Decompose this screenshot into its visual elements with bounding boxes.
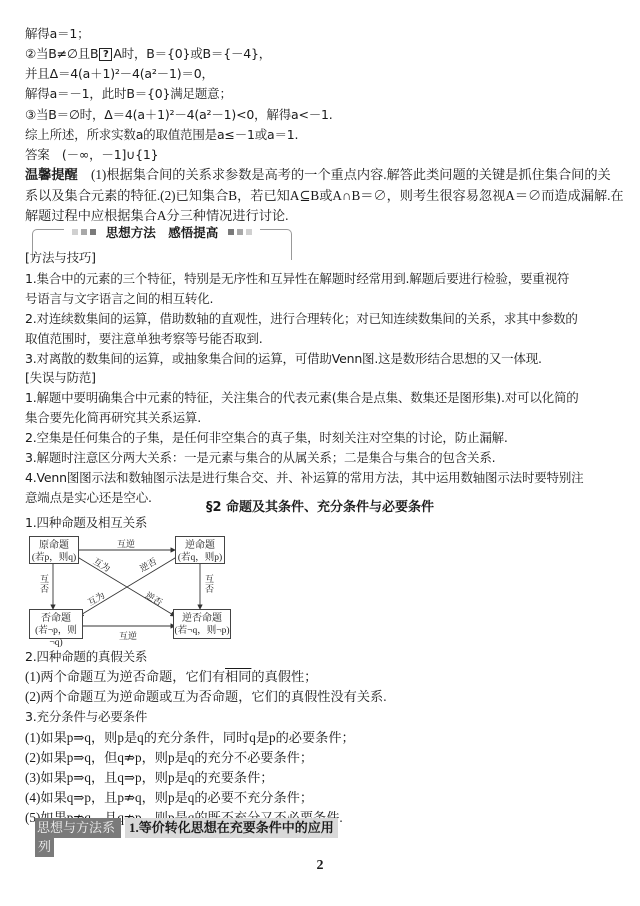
series-topic: 1.等价转化思想在充要条件中的应用 [125, 818, 338, 838]
answer-line: 答案 (－∞，－1]∪{1} [25, 146, 158, 164]
square-icon [228, 229, 234, 235]
node-form: (若¬q，则¬p) [174, 625, 230, 637]
subheading-four-propositions: 1.四种命题及相互关系 [25, 514, 147, 532]
solution-line: 解得a＝－1，此时B＝{0}满足题意； [25, 85, 232, 103]
pitfalls-line: 3.解题时注意区分两大关系：一是元素与集合的从属关系；二是集合与集合的包含关系. [25, 449, 495, 467]
edge-label-bottom: 互逆 [119, 629, 137, 642]
methods-line: 取值范围时，要注意单独考察等号能否取到. [25, 330, 262, 348]
node-name: 逆否命题 [174, 613, 230, 625]
methods-line: 号语言与文字语言之间的相互转化. [25, 290, 213, 308]
node-form: (若q，则p) [176, 552, 224, 564]
square-icon [237, 229, 243, 235]
methods-line: 2.对连续数集间的运算，借助数轴的直观性，进行合理转化；对已知连续数集间的关系，… [25, 310, 578, 328]
divider-title-group: 思想方法 感悟提高 [64, 225, 259, 240]
node-original-proposition: 原命题 (若p，则q) [29, 536, 79, 564]
series-tag-line: 列 [35, 837, 54, 857]
condition-line: (4)如果q⇒p，且p⇏q，则p是q的必要不充分条件； [25, 789, 313, 807]
methods-heading: [方法与技巧] [25, 249, 96, 267]
truth-text: 的真假性； [251, 669, 317, 684]
section-title: §2 命题及其条件、充分条件与必要条件 [0, 496, 640, 515]
square-icon [246, 229, 252, 235]
propositions-diagram: 原命题 (若p，则q) 逆命题 (若q，则p) 否命题 (若¬p，则¬q) 逆否… [27, 534, 237, 642]
solution-line: ③当B＝∅时，Δ＝4(a＋1)²－4(a²－1)<0，解得a<－1. [25, 106, 333, 124]
tip-line: 系以及集合元素的特征.(2)已知集合B，若已知A⊆B或A∩B＝∅，则考生很容易忽… [25, 187, 624, 205]
node-contrapositive-proposition: 逆否命题 (若¬q，则¬p) [173, 609, 231, 639]
truth-emphasis: 相同 [225, 669, 251, 684]
series-tag-line: 思想与方法系 [37, 819, 119, 837]
solution-line: 解得a＝1； [25, 25, 89, 43]
solution-line: 并且Δ＝4(a＋1)²－4(a²－1)＝0， [25, 65, 214, 83]
condition-line: (3)如果p⇒q，且q⇒p，则p是q的充要条件； [25, 769, 273, 787]
square-icon [90, 229, 96, 235]
series-tag: 思想与方法系 [35, 818, 121, 838]
document-page: 解得a＝1； ②当B≠∅且B?A时，B＝{0}或B＝{－4}， 并且Δ＝4(a＋… [0, 0, 640, 906]
edge-label-right: 互否 [205, 574, 214, 594]
missing-symbol-icon: ? [99, 48, 112, 61]
solution-line-case2: ②当B≠∅且B?A时，B＝{0}或B＝{－4}， [25, 45, 271, 63]
subheading-conditions: 3.充分条件与必要条件 [25, 708, 147, 726]
tip-label: 温馨提醒 [25, 168, 78, 183]
node-inverse-proposition: 否命题 (若¬p，则¬q) [29, 609, 83, 639]
node-name: 否命题 [30, 613, 82, 625]
pitfalls-heading: [失误与防范] [25, 369, 96, 387]
node-form: (若p，则q) [30, 552, 78, 564]
tip-line: 温馨提醒 (1)根据集合间的关系求参数是高考的一个重点内容.解答此类问题的关键是… [25, 166, 611, 185]
subheading-truth-relations: 2.四种命题的真假关系 [25, 648, 147, 666]
node-name: 原命题 [30, 540, 78, 552]
condition-line: (2)如果p⇒q，但q⇏p，则p是q的充分不必要条件； [25, 749, 313, 767]
truth-line: (1)两个命题互为逆否命题，它们有相同的真假性； [25, 668, 317, 686]
methods-line: 3.对离散的数集间的运算，或抽象集合间的运算，可借助Venn图.这是数形结合思想… [25, 350, 542, 368]
page-number: 2 [0, 858, 640, 874]
solution-line: 综上所述，所求实数a的取值范围是a≤－1或a＝1. [25, 126, 298, 144]
methods-line: 1.集合中的元素的三个特征，特别是无序性和互异性在解题时经常用到.解题后要进行检… [25, 270, 569, 288]
square-icon [81, 229, 87, 235]
tip-text: (1)根据集合间的关系求参数是高考的一个重点内容.解答此类问题的关键是抓住集合间… [91, 167, 611, 182]
solution-text: A时，B＝{0}或B＝{－4}， [113, 46, 271, 61]
truth-line: (2)两个命题互为逆命题或互为否命题，它们的真假性没有关系. [25, 688, 387, 706]
pitfalls-line: 1.解题中要明确集合中元素的特征，关注集合的代表元素(集合是点集、数集还是图形集… [25, 389, 579, 407]
edge-label-top: 互逆 [117, 537, 135, 550]
edge-label-left: 互否 [40, 574, 49, 594]
pitfalls-line: 2.空集是任何集合的子集，是任何非空集合的真子集，时刻关注对空集的讨论，防止漏解… [25, 429, 508, 447]
pitfalls-line: 集合要先化简再研究其关系运算. [25, 409, 201, 427]
node-converse-proposition: 逆命题 (若q，则p) [175, 536, 225, 564]
truth-text: (1)两个命题互为逆否命题，它们有 [25, 669, 225, 684]
node-form: (若¬p，则¬q) [30, 625, 82, 649]
square-icon [72, 229, 78, 235]
node-name: 逆命题 [176, 540, 224, 552]
pitfalls-line: 4.Venn图图示法和数轴图示法是进行集合交、并、补运算的常用方法，其中运用数轴… [25, 469, 583, 487]
condition-line: (1)如果p⇒q，则p是q的充分条件，同时q是p的必要条件； [25, 729, 355, 747]
solution-text: ②当B≠∅且B [25, 46, 98, 61]
divider-title: 思想方法 感悟提高 [106, 225, 219, 240]
